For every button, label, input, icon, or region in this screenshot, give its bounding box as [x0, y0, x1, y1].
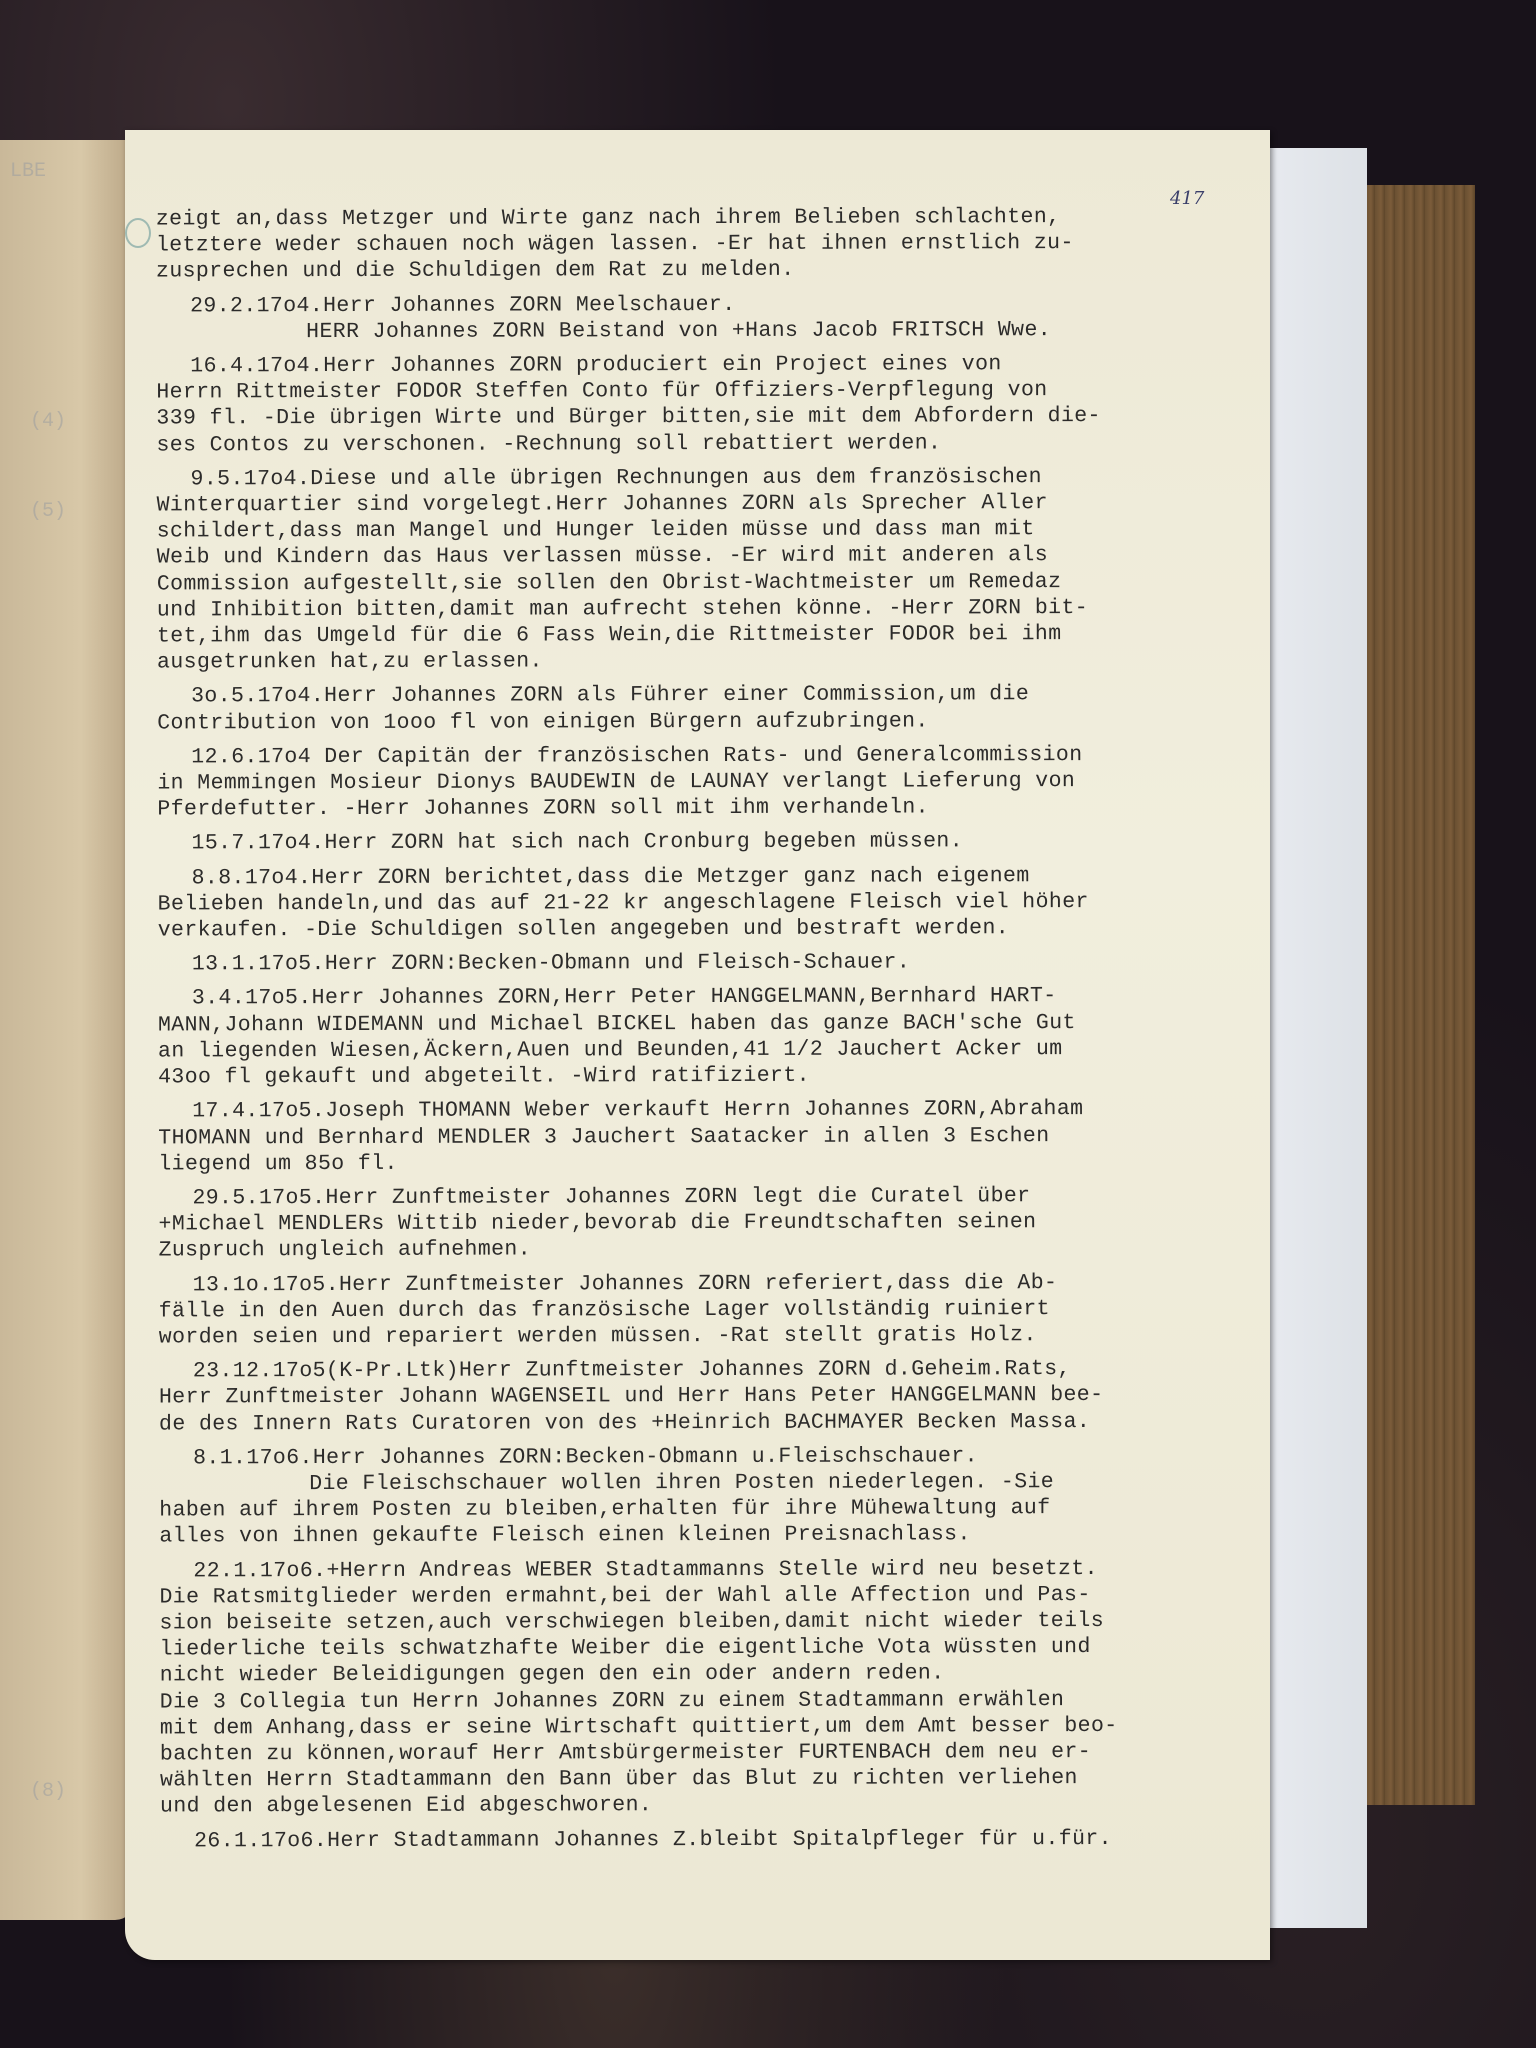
document-entry: 17.4.17o5.Joseph THOMANN Weber verkauft … [158, 1096, 1278, 1178]
document-entry: 13.1o.17o5.Herr Zunftmeister Johannes ZO… [159, 1269, 1279, 1351]
facing-left-page: LBE (4) (5) (8) [0, 140, 135, 1920]
text-line: 22.1.17o6.+Herrn Andreas WEBER Stadtamma… [159, 1555, 1279, 1584]
text-line: Die 3 Collegia tun Herrn Johannes ZORN z… [160, 1686, 1280, 1715]
text-line: Winterquartier sind vorgelegt.Herr Johan… [157, 490, 1277, 519]
document-entry: 29.5.17o5.Herr Zunftmeister Johannes ZOR… [158, 1182, 1278, 1264]
text-line: 8.8.17o4.Herr ZORN berichtet,dass die Me… [158, 862, 1278, 891]
document-entry: 13.1.17o5.Herr ZORN:Becken-Obmann und Fl… [158, 949, 1278, 978]
text-line: nicht wieder Beleidigungen gegen den ein… [160, 1660, 1280, 1689]
text-line: 13.1o.17o5.Herr Zunftmeister Johannes ZO… [159, 1269, 1279, 1298]
text-line: 16.4.17o4.Herr Johannes ZORN produciert … [156, 351, 1276, 380]
text-line: fälle in den Auen durch das französische… [159, 1295, 1279, 1324]
text-line: ses Contos zu verschonen. -Rechnung soll… [156, 429, 1276, 458]
text-line: und Inhibition bitten,damit man aufrecht… [157, 594, 1277, 623]
text-line: 339 fl. -Die übrigen Wirte und Bürger bi… [156, 403, 1276, 432]
text-line: liederliche teils schwatzhafte Weiber di… [160, 1634, 1280, 1663]
text-line: verkaufen. -Die Schuldigen sollen angege… [158, 915, 1278, 944]
document-entry: 16.4.17o4.Herr Johannes ZORN produciert … [156, 351, 1276, 459]
text-line: sion beiseite setzen,auch verschwiegen b… [160, 1607, 1280, 1636]
text-line: +Michael MENDLERs Wittib nieder,bevorab … [158, 1209, 1278, 1238]
text-line: 3.4.17o5.Herr Johannes ZORN,Herr Peter H… [158, 983, 1278, 1012]
text-line: alles von ihnen gekaufte Fleisch einen k… [159, 1521, 1279, 1550]
text-line: HERR Johannes ZORN Beistand von +Hans Ja… [156, 316, 1276, 345]
document-entry: 8.8.17o4.Herr ZORN berichtet,dass die Me… [158, 862, 1278, 944]
text-line: Zuspruch ungleich aufnehmen. [159, 1235, 1279, 1264]
document-entry: 26.1.17o6.Herr Stadtammann Johannes Z.bl… [160, 1825, 1280, 1854]
text-line: haben auf ihrem Posten zu bleiben,erhalt… [159, 1495, 1279, 1524]
text-line: Herrn Rittmeister FODOR Steffen Conto fü… [156, 377, 1276, 406]
text-line: und den abgelesenen Eid abgeschworen. [160, 1791, 1280, 1820]
document-body: zeigt an,dass Metzger und Wirte ganz nac… [156, 204, 1280, 1863]
text-line: an liegenden Wiesen,Äckern,Auen und Beun… [158, 1035, 1278, 1064]
document-entry: 23.12.17o5(K-Pr.Ltk)Herr Zunftmeister Jo… [159, 1356, 1279, 1438]
text-line: 29.5.17o5.Herr Zunftmeister Johannes ZOR… [158, 1182, 1278, 1211]
document-entry: 3.4.17o5.Herr Johannes ZORN,Herr Peter H… [158, 983, 1278, 1091]
document-entry: 12.6.17o4 Der Capitän der französischen … [157, 741, 1277, 823]
document-entry: zeigt an,dass Metzger und Wirte ganz nac… [156, 204, 1276, 286]
text-line: THOMANN und Bernhard MENDLER 3 Jauchert … [158, 1122, 1278, 1151]
text-line: 9.5.17o4.Diese und alle übrigen Rechnung… [157, 463, 1277, 492]
text-line: de des Innern Rats Curatoren von des +He… [159, 1408, 1279, 1437]
text-line: 12.6.17o4 Der Capitän der französischen … [157, 741, 1277, 770]
text-line: Contribution von 1ooo fl von einigen Bür… [157, 707, 1277, 736]
text-line: 3o.5.17o4.Herr Johannes ZORN als Führer … [157, 681, 1277, 710]
text-line: bachten zu können,worauf Herr Amtsbürger… [160, 1739, 1280, 1768]
text-line: zeigt an,dass Metzger und Wirte ganz nac… [156, 204, 1276, 233]
text-line: Belieben handeln,und das auf 21-22 kr an… [158, 888, 1278, 917]
text-line: 15.7.17o4.Herr ZORN hat sich nach Cronbu… [157, 828, 1277, 857]
margin-annotation-icon [125, 218, 151, 248]
text-line: 29.2.17o4.Herr Johannes ZORN Meelschauer… [156, 290, 1276, 319]
text-line: worden seien und repariert werden müssen… [159, 1321, 1279, 1350]
text-line: 26.1.17o6.Herr Stadtammann Johannes Z.bl… [160, 1825, 1280, 1854]
text-line: 8.1.17o6.Herr Johannes ZORN:Becken-Obman… [159, 1442, 1279, 1471]
text-line: schildert,dass man Mangel und Hunger lei… [157, 516, 1277, 545]
text-line: 43oo fl gekauft und abgeteilt. -Wird rat… [158, 1062, 1278, 1091]
text-line: mit dem Anhang,dass er seine Wirtschaft … [160, 1712, 1280, 1741]
text-line: Die Fleischschauer wollen ihren Posten n… [159, 1468, 1279, 1497]
document-entry: 9.5.17o4.Diese und alle übrigen Rechnung… [157, 463, 1278, 676]
document-entry: 29.2.17o4.Herr Johannes ZORN Meelschauer… [156, 290, 1276, 345]
document-entry: 22.1.17o6.+Herrn Andreas WEBER Stadtamma… [159, 1555, 1280, 1820]
text-line: letztere weder schauen noch wägen lassen… [156, 230, 1276, 259]
text-line: 17.4.17o5.Joseph THOMANN Weber verkauft … [158, 1096, 1278, 1125]
text-line: Pferdefutter. -Herr Johannes ZORN soll m… [157, 794, 1277, 823]
left-page-mark: (8) [30, 1780, 66, 1803]
text-line: Weib und Kindern das Haus verlassen müss… [157, 542, 1277, 571]
book-page-edges [1365, 185, 1475, 1805]
left-page-mark: LBE [10, 160, 46, 183]
text-line: Commission aufgestellt,sie sollen den Ob… [157, 568, 1277, 597]
left-page-mark: (4) [30, 410, 66, 433]
text-line: MANN,Johann WIDEMANN und Michael BICKEL … [158, 1009, 1278, 1038]
text-line: in Memmingen Mosieur Dionys BAUDEWIN de … [157, 768, 1277, 797]
text-line: Herr Zunftmeister Johann WAGENSEIL und H… [159, 1382, 1279, 1411]
text-line: tet,ihm das Umgeld für die 6 Fass Wein,d… [157, 621, 1277, 650]
document-entry: 3o.5.17o4.Herr Johannes ZORN als Führer … [157, 681, 1277, 736]
text-line: zusprechen und die Schuldigen dem Rat zu… [156, 256, 1276, 285]
text-line: Die Ratsmitglieder werden ermahnt,bei de… [159, 1581, 1279, 1610]
document-entry: 15.7.17o4.Herr ZORN hat sich nach Cronbu… [157, 828, 1277, 857]
text-line: ausgetrunken hat,zu erlassen. [157, 647, 1277, 676]
text-line: wählten Herrn Stadtammann den Bann über … [160, 1765, 1280, 1794]
text-line: 13.1.17o5.Herr ZORN:Becken-Obmann und Fl… [158, 949, 1278, 978]
left-page-mark: (5) [30, 500, 66, 523]
document-entry: 8.1.17o6.Herr Johannes ZORN:Becken-Obman… [159, 1442, 1279, 1550]
text-line: liegend um 85o fl. [158, 1148, 1278, 1177]
text-line: 23.12.17o5(K-Pr.Ltk)Herr Zunftmeister Jo… [159, 1356, 1279, 1385]
